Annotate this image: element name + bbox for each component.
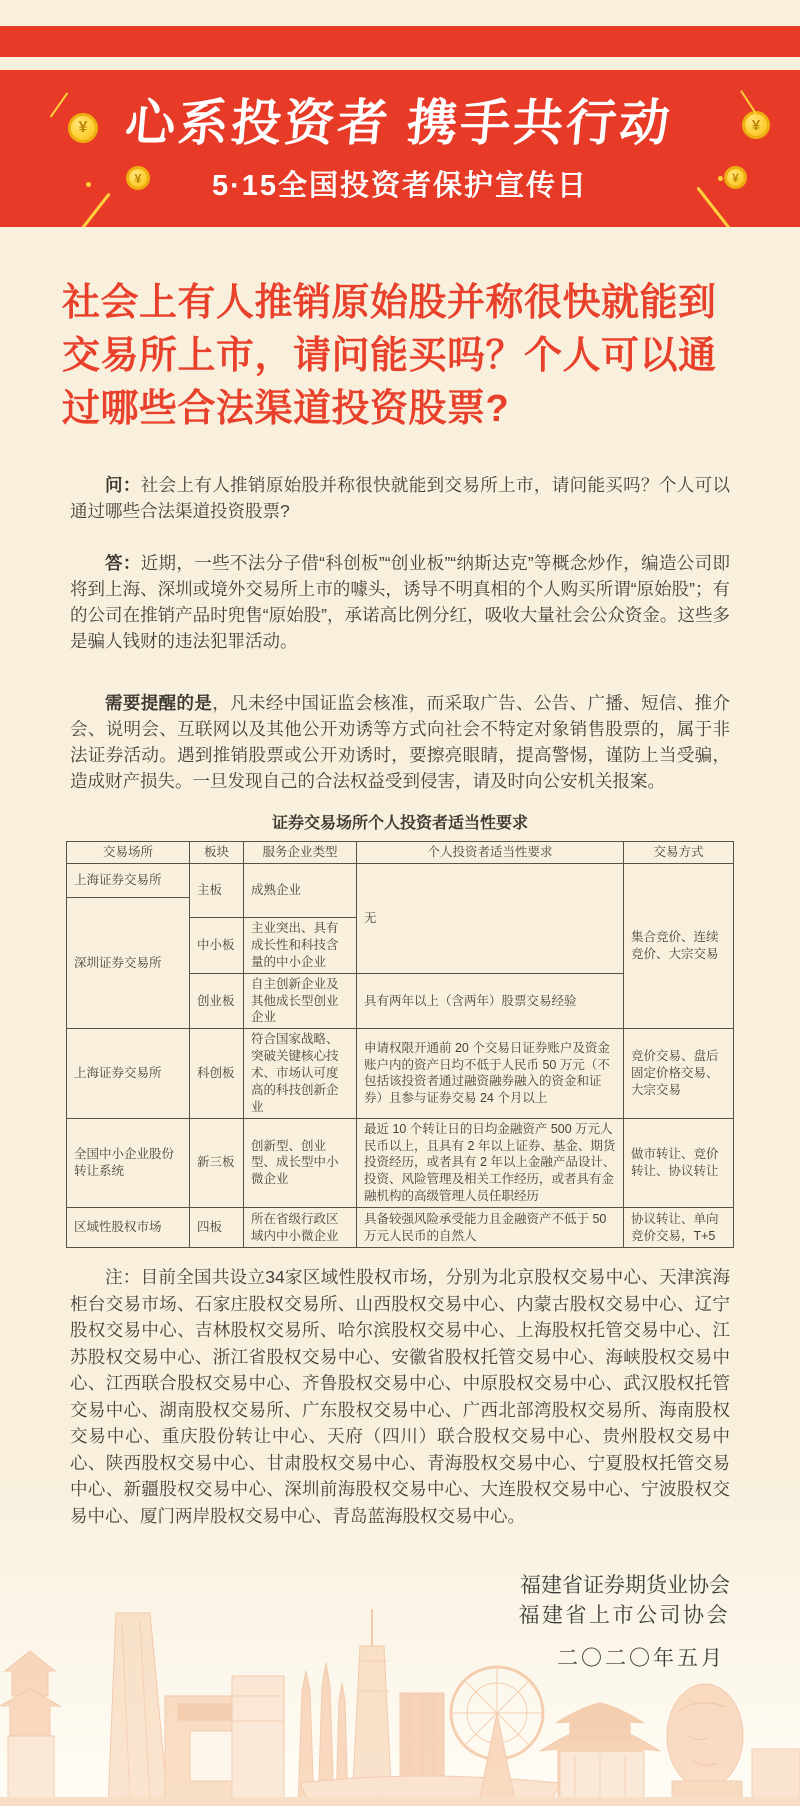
cell-star-board: 科创板 — [190, 1029, 244, 1118]
table-row: 全国中小企业股份转让系统 新三板 创新型、创业型、成长型中小微企业 最近 10 … — [67, 1118, 734, 1207]
col-header-venue: 交易场所 — [67, 842, 190, 864]
col-header-trading-method: 交易方式 — [624, 842, 734, 864]
banner-subtitle: 5·15全国投资者保护宣传日 — [0, 151, 800, 204]
cell-neeq-system: 全国中小企业股份转让系统 — [67, 1118, 190, 1207]
question-heading: 社会上有人推销原始股并称很快就能到交易所上市，请问能买吗？个人可以通过哪些合法渠… — [62, 277, 742, 436]
banner-main-title: 心系投资者 携手共行动 — [0, 70, 800, 151]
cell-shanghai-exchange-star: 上海证券交易所 — [67, 1029, 190, 1118]
cell-star-requirement: 申请权限开通前 20 个交易日证券账户及资金账户内的资产日均不低于人民币 50 … — [357, 1029, 624, 1118]
question-paragraph: 问：社会上有人推销原始股并称很快就能到交易所上市，请问能买吗？个人可以通过哪些合… — [70, 472, 730, 524]
footer-signature: 福建省证券期货业协会 福建省上市公司协会 二〇二〇年五月 — [0, 1571, 730, 1674]
table-row: 上海证券交易所 主板 成熟企业 无 集合竞价、连续竞价、大宗交易 — [67, 864, 734, 898]
cell-regional-trading: 协议转让、单向竞价交易，T+5 — [624, 1208, 734, 1248]
cell-regional-type: 所在省级行政区域内中小微企业 — [244, 1208, 357, 1248]
table-title: 证券交易场所个人投资者适当性要求 — [0, 810, 800, 833]
col-header-enterprise-type: 服务企业类型 — [244, 842, 357, 864]
reminder-label: 需要提醒的是 — [105, 693, 212, 713]
reminder-paragraph: 需要提醒的是，凡未经中国证监会核准，而采取广告、公告、广播、短信、推介会、说明会… — [70, 690, 730, 794]
answer-text: 近期，一些不法分子借“科创板”“创业板”“纳斯达克”等概念炒作，编造公司即将到上… — [70, 553, 730, 651]
sparkle-dot-icon — [718, 176, 723, 181]
top-red-bar — [0, 26, 800, 57]
cell-main-board: 主板 — [190, 864, 244, 918]
title-banner: ¥ ¥ ¥ ¥ 心系投资者 携手共行动 5·15全国投资者保护宣传日 — [0, 70, 800, 227]
question-text: 社会上有人推销原始股并称很快就能到交易所上市，请问能买吗？个人可以通过哪些合法渠… — [70, 475, 730, 521]
cell-mature-enterprise: 成熟企业 — [244, 864, 357, 918]
table-row: 区域性股权市场 四板 所在省级行政区域内中小微企业 具备较强风险承受能力且金融资… — [67, 1208, 734, 1248]
answer-label: 答： — [105, 553, 141, 573]
poster-page: { "banner": { "main_title": "心系投资者 携手共行动… — [0, 0, 800, 1806]
cell-sme-type: 主业突出、具有成长性和科技含量的中小企业 — [244, 918, 357, 974]
footer-org-1: 福建省证券期货业协会 — [0, 1571, 730, 1601]
coin-icon: ¥ — [724, 166, 747, 189]
cell-shenzhen-exchange: 深圳证券交易所 — [67, 898, 190, 1029]
footer-org-2: 福建省上市公司协会 — [0, 1601, 730, 1631]
cell-fourth-board: 四板 — [190, 1208, 244, 1248]
cell-neeq-type: 创新型、创业型、成长型中小微企业 — [244, 1118, 357, 1207]
cell-neeq-board: 新三板 — [190, 1118, 244, 1207]
table-row: 上海证券交易所 科创板 符合国家战略、突破关键核心技术、市场认可度高的科技创新企… — [67, 1029, 734, 1118]
cell-gem-board: 创业板 — [190, 973, 244, 1029]
cell-sme-board: 中小板 — [190, 918, 244, 974]
coin-icon: ¥ — [126, 166, 150, 190]
cell-no-requirement: 无 — [357, 864, 624, 974]
cell-neeq-trading: 做市转让、竞价转让、协议转让 — [624, 1118, 734, 1207]
note-paragraph: 注：目前全国共设立34家区域性股权市场，分别为北京股权交易中心、天津滨海柜台交易… — [70, 1264, 730, 1529]
col-header-board: 板块 — [190, 842, 244, 864]
suitability-table: 交易场所 板块 服务企业类型 个人投资者适当性要求 交易方式 上海证券交易所 主… — [66, 841, 734, 1248]
cell-shanghai-exchange: 上海证券交易所 — [67, 864, 190, 898]
question-label: 问： — [105, 475, 141, 495]
sparkle-dot-icon — [86, 182, 91, 187]
cell-star-trading: 竞价交易、盘后固定价格交易、大宗交易 — [624, 1029, 734, 1118]
footer-date: 二〇二〇年五月 — [0, 1644, 730, 1674]
cell-regional-requirement: 具备较强风险承受能力且金融资产不低于 50 万元人民币的自然人 — [357, 1208, 624, 1248]
cell-auction-trading: 集合竞价、连续竞价、大宗交易 — [624, 864, 734, 1029]
table-header-row: 交易场所 板块 服务企业类型 个人投资者适当性要求 交易方式 — [67, 842, 734, 864]
cell-star-type: 符合国家战略、突破关键核心技术、市场认可度高的科技创新企业 — [244, 1029, 357, 1118]
col-header-investor-requirement: 个人投资者适当性要求 — [357, 842, 624, 864]
cell-regional-market: 区域性股权市场 — [67, 1208, 190, 1248]
cell-gem-type: 自主创新企业及其他成长型创业企业 — [244, 973, 357, 1029]
answer-paragraph: 答：近期，一些不法分子借“科创板”“创业板”“纳斯达克”等概念炒作，编造公司即将… — [70, 550, 730, 654]
cell-neeq-requirement: 最近 10 个转让日的日均金融资产 500 万元人民币以上，且具有 2 年以上证… — [357, 1118, 624, 1207]
cell-gem-requirement: 具有两年以上（含两年）股票交易经验 — [357, 973, 624, 1029]
